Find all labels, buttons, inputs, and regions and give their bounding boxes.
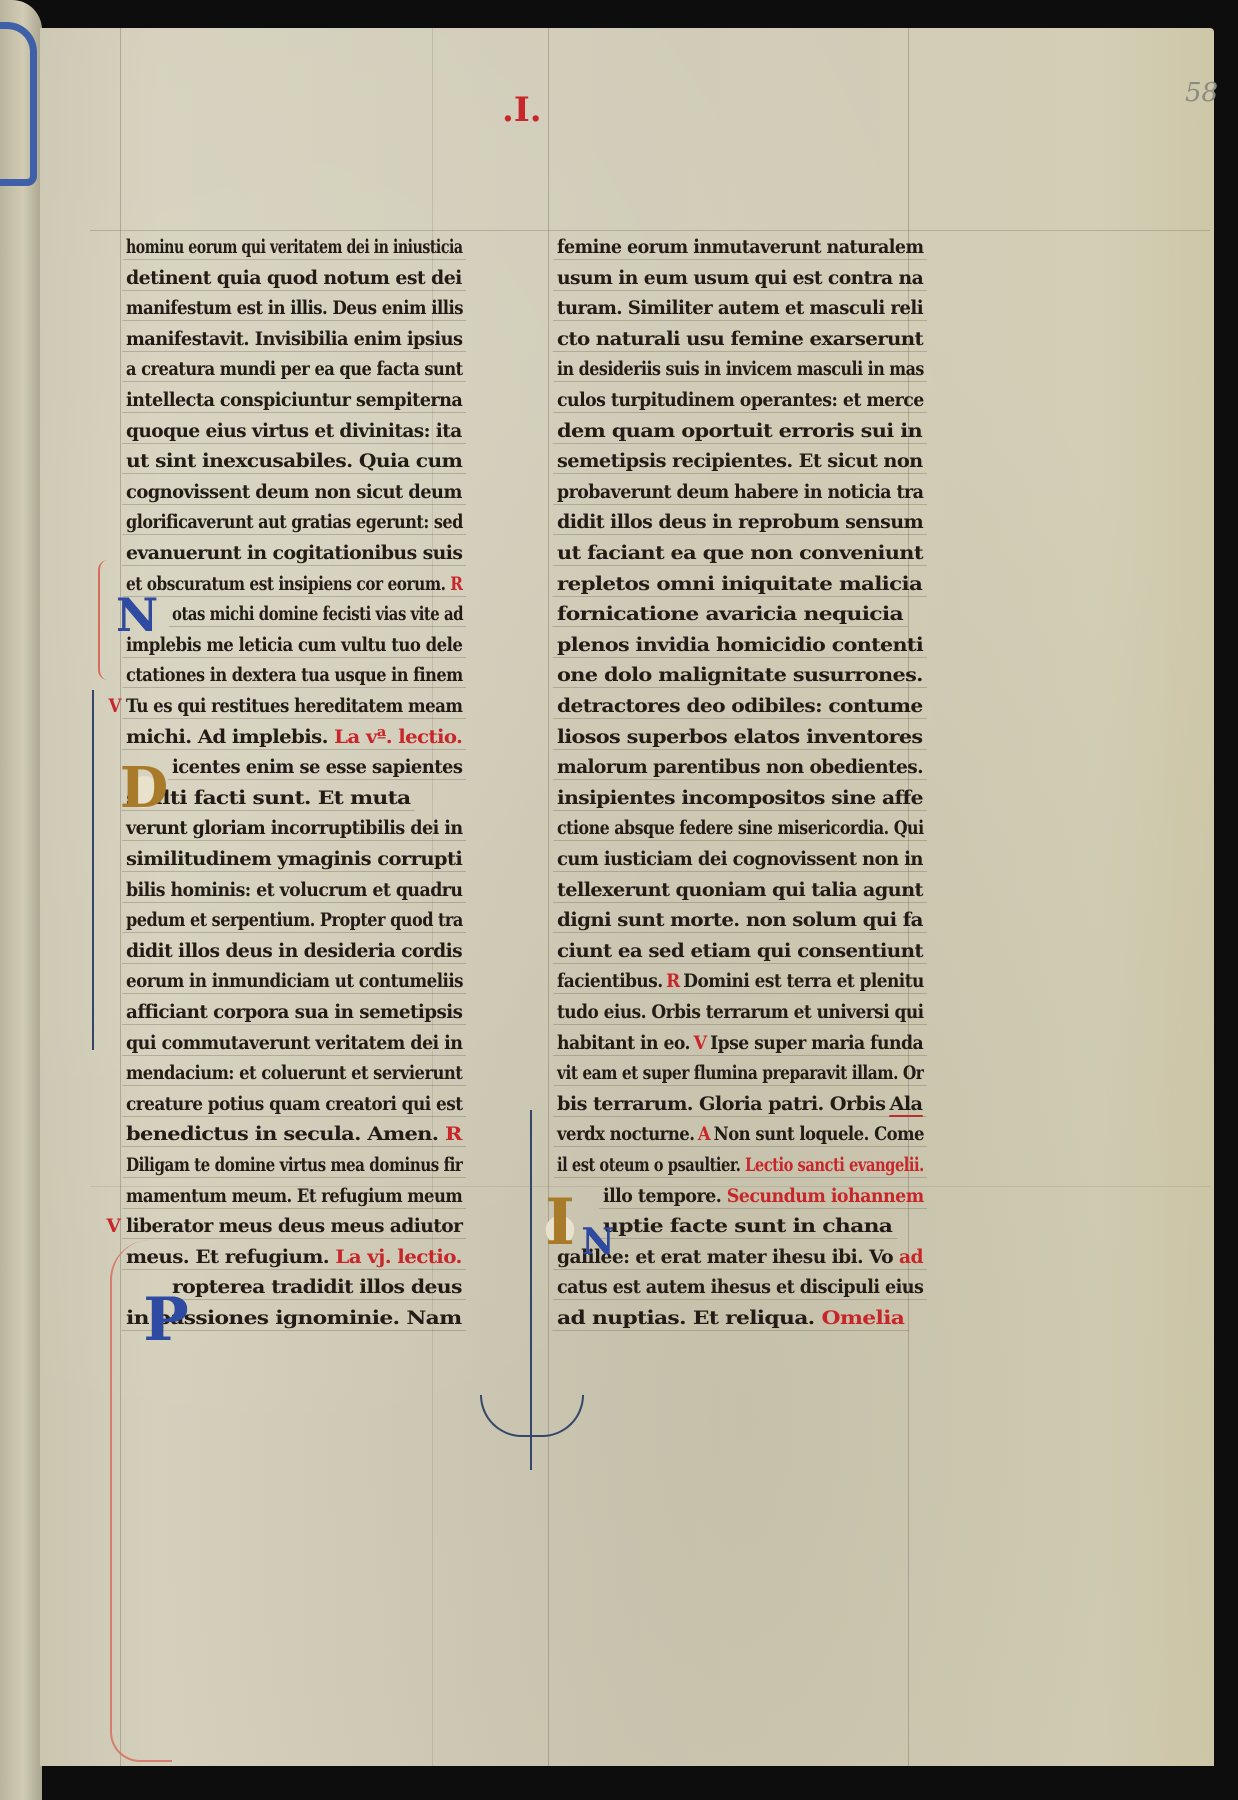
ruling-line: [553, 565, 928, 566]
text-line: Diligam te domine virtus mea dominus fir: [126, 1150, 462, 1180]
text-line: benedictus in secula. Amen.R: [126, 1119, 462, 1149]
line-text: cto naturali usu femine exarserunt: [557, 328, 923, 350]
line-text: verunt gloriam incorruptibilis dei in: [126, 817, 463, 839]
ruling-line: [123, 1208, 466, 1209]
ruling-line: [122, 504, 465, 505]
text-line: VTu es qui restitues hereditatem meam: [126, 691, 462, 721]
ruling-line: [122, 993, 466, 994]
ruling-line: [553, 290, 927, 291]
text-line: otas michi domine fecisti vias vite ad: [172, 599, 463, 629]
line-text: detinent quia quod notum est dei: [126, 267, 462, 289]
ruling-line: [553, 993, 927, 994]
text-line: liosos superbos elatos inventores: [557, 722, 922, 752]
line-text: eorum in inmundiciam ut contumeliis: [126, 970, 463, 992]
rubric-heading: La vj. lectio.: [335, 1246, 461, 1268]
text-line: mamentum meum. Et refugium meum: [126, 1181, 462, 1211]
line-text: tellexerunt quoniam qui talia agunt: [557, 879, 923, 901]
text-line: tellexerunt quoniam qui talia agunt: [557, 875, 923, 905]
line-text: otas michi domine fecisti vias vite ad: [172, 603, 463, 625]
text-line: evanuerunt in cogitationibus suis: [126, 538, 462, 568]
ruling-line: [553, 1055, 926, 1056]
ruling-line: [169, 626, 466, 627]
ruling-line: [553, 779, 927, 780]
line-text: manifestum est in illis. Deus enim illis: [126, 297, 463, 319]
line-text: turam. Similiter autem et masculi reli: [557, 297, 923, 319]
line-text: Tu es qui restitues hereditatem meam: [126, 695, 462, 717]
text-line: bis terrarum. Gloria patri. OrbisAla: [557, 1089, 922, 1119]
ruling-line: [123, 657, 466, 658]
rubric-marker: R: [666, 970, 680, 992]
ruling-line: [123, 687, 467, 688]
line-text: ctationes in dextera tua usque in finem: [126, 664, 463, 686]
text-line: one dolo malignitate susurrones.: [557, 660, 923, 690]
initial-letter-d-left: D: [112, 760, 176, 824]
line-text: cognovissent deum non sicut deum: [126, 481, 462, 503]
ruling-line: [122, 902, 466, 903]
line-text: repletos omni iniquitate malicia: [557, 573, 922, 595]
text-line: cognovissent deum non sicut deum: [126, 477, 462, 507]
line-text: ropterea tradidit illos deus: [172, 1276, 462, 1298]
ruling-line: [553, 810, 928, 811]
ruling-line: [122, 718, 466, 719]
line-text: didit illos deus in reprobum sensum: [557, 511, 923, 533]
line-text: liosos superbos elatos inventores: [557, 726, 922, 748]
red-pen-flourish: [110, 1240, 172, 1762]
text-line: bilis hominis: et volucrum et quadru: [126, 875, 462, 905]
line-text: verdx nocturne.: [557, 1123, 694, 1145]
text-line: fornicatione avaricia nequicia: [557, 599, 903, 629]
ruling-line: [553, 749, 927, 750]
line-text: creature potius quam creatori qui est: [126, 1093, 462, 1115]
line-text: intellecta conspiciuntur sempiterna: [126, 389, 462, 411]
text-line: similitudinem ymaginis corrupti: [126, 844, 462, 874]
rubric-heading: Secundum iohannem: [727, 1185, 924, 1207]
ruling-line: [553, 412, 927, 413]
text-line: digni sunt morte. non solum qui fa: [557, 905, 923, 935]
folio-number: 58: [1185, 78, 1218, 108]
line-text: plenos invidia homicidio contenti: [557, 634, 923, 656]
text-line: femine eorum inmutaverunt naturalem: [557, 232, 923, 262]
ruling-line: [122, 1146, 467, 1147]
line-text: icentes enim se esse sapientes: [172, 756, 462, 778]
ruling-line: [123, 932, 467, 933]
line-text: quoque eius virtus et divinitas: ita: [126, 420, 462, 442]
line-text: malorum parentibus non obedientes.: [557, 756, 923, 778]
text-line: in desideriis suis in invicem masculi in…: [557, 354, 924, 384]
ruling-line: [122, 749, 467, 750]
line-text: afficiant corpora sua in semetipsis: [126, 1001, 462, 1023]
ruling-line: [554, 1177, 927, 1178]
line-text: et obscuratum est insipiens cor eorum.: [126, 573, 445, 595]
ruling-line: [553, 902, 927, 903]
text-line: manifestavit. Invisibilia enim ipsius: [126, 324, 462, 354]
line-text: ut sint inexcusabiles. Quia cum: [126, 450, 462, 472]
rubric-heading: Omelia: [822, 1307, 905, 1329]
line-text: dem quam oportuit erroris sui in: [557, 420, 922, 442]
ruling-line: [122, 871, 466, 872]
text-line: creature potius quam creatori qui est: [126, 1089, 462, 1119]
ruling-line: [553, 473, 927, 474]
line-text: ctione absque federe sine misericordia. …: [557, 817, 924, 839]
text-line: ropterea tradidit illos deus: [172, 1272, 462, 1302]
ruling-line: [554, 840, 927, 841]
ruling-line: [123, 596, 466, 597]
line-text: manifestavit. Invisibilia enim ipsius: [126, 328, 462, 350]
line-text: probaverunt deum habere in noticia tra: [557, 481, 923, 503]
line-text: Non sunt loquele. Come: [714, 1123, 924, 1145]
ruling-line: [122, 1238, 466, 1239]
line-text: tudo eius. Orbis terrarum et universi qu…: [557, 1001, 924, 1023]
ruling-line: [554, 381, 928, 382]
ruling-line: [552, 1330, 908, 1331]
text-line: uptie facte sunt in chana: [603, 1211, 892, 1241]
red-pen-flourish: [98, 560, 122, 680]
text-line: dem quam oportuit erroris sui in: [557, 416, 922, 446]
line-text: in desideriis suis in invicem masculi in…: [557, 358, 924, 380]
initial-letter-n-left: N: [116, 592, 156, 638]
ruling-line: [122, 443, 465, 444]
text-line: eorum in inmundiciam ut contumeliis: [126, 966, 463, 996]
line-text: hominu eorum qui veritatem dei in iniust…: [126, 236, 463, 258]
ruling-line: [122, 1269, 466, 1270]
text-line: qui commutaverunt veritatem dei in: [126, 1028, 462, 1058]
text-line: repletos omni iniquitate malicia: [557, 569, 922, 599]
line-text: insipientes incompositos sine affe: [557, 787, 923, 809]
text-line: vit eam et super flumina preparavit illa…: [557, 1058, 923, 1088]
ruling-line: [122, 412, 466, 413]
ruling-horizontal: [90, 230, 1210, 231]
ruling-line: [553, 259, 927, 260]
line-text: mamentum meum. Et refugium meum: [126, 1185, 462, 1207]
line-text: detractores deo odibiles: contume: [557, 695, 923, 717]
text-line: icentes enim se esse sapientes: [172, 752, 462, 782]
line-text: fornicatione avaricia nequicia: [557, 603, 903, 625]
line-text: il est oteum o psaultier.: [557, 1154, 740, 1176]
right-text-column: femine eorum inmutaverunt naturalemusum …: [557, 232, 927, 1342]
text-line: catus est autem ihesus et discipuli eius: [557, 1272, 923, 1302]
line-text: similitudinem ymaginis corrupti: [126, 848, 462, 870]
line-text: bilis hominis: et volucrum et quadru: [126, 879, 462, 901]
line-text: cum iusticiam dei cognovissent non in: [557, 848, 923, 870]
text-line: tudo eius. Orbis terrarum et universi qu…: [557, 997, 924, 1027]
text-line: detractores deo odibiles: contume: [557, 691, 923, 721]
line-text: a creatura mundi per ea que facta sunt: [126, 358, 463, 380]
text-line: ciunt ea sed etiam qui consentiunt: [557, 936, 923, 966]
text-line: ctione absque federe sine misericordia. …: [557, 813, 924, 843]
ruling-line: [168, 779, 466, 780]
line-text: culos turpitudinem operantes: et merce: [557, 389, 924, 411]
ruling-line: [122, 1024, 466, 1025]
line-text: pedum et serpentium. Propter quod tra: [126, 909, 463, 931]
ruling-line: [168, 1299, 466, 1300]
ruling-line: [553, 1299, 927, 1300]
ruling-line: [553, 443, 927, 444]
initial-letter-i-right: I: [540, 1195, 580, 1265]
line-text: glorificaverunt aut gratias egerunt: sed: [126, 511, 463, 533]
line-text: evanuerunt in cogitationibus suis: [126, 542, 462, 564]
ruling-line: [122, 290, 466, 291]
ruling-line: [553, 657, 928, 658]
text-line: manifestum est in illis. Deus enim illis: [126, 293, 463, 323]
line-text: digni sunt morte. non solum qui fa: [557, 909, 923, 931]
line-text: habitant in eo.: [557, 1032, 690, 1054]
text-line: mendacium: et coluerunt et servierunt: [126, 1058, 462, 1088]
rubric-marker: R: [445, 1123, 462, 1145]
ruling-vertical: [548, 28, 549, 1766]
text-line: glorificaverunt aut gratias egerunt: sed: [126, 507, 463, 537]
text-line: quoque eius virtus et divinitas: ita: [126, 416, 462, 446]
text-line: il est oteum o psaultier.Lectio sancti e…: [557, 1150, 924, 1180]
ruling-line: [122, 840, 466, 841]
ruling-line: [122, 963, 466, 964]
text-line: verunt gloriam incorruptibilis dei in: [126, 813, 463, 843]
ruling-line: [123, 381, 466, 382]
ruling-line: [553, 534, 927, 535]
rubric-marker: A: [698, 1123, 710, 1145]
ruling-line: [553, 1116, 927, 1117]
text-line: culos turpitudinem operantes: et merce: [557, 385, 924, 415]
text-line: malorum parentibus non obedientes.: [557, 752, 923, 782]
text-line: didit illos deus in reprobum sensum: [557, 507, 923, 537]
text-line: ut sint inexcusabiles. Quia cum: [126, 446, 462, 476]
rubric-marker: ad: [899, 1246, 923, 1268]
ruling-line: [123, 259, 466, 260]
line-text: benedictus in secula. Amen.: [126, 1123, 438, 1145]
ruling-line: [553, 504, 927, 505]
text-line: cum iusticiam dei cognovissent non in: [557, 844, 923, 874]
ruling-line: [553, 871, 926, 872]
line-text: didit illos deus in desideria cordis: [126, 940, 462, 962]
ruling-line: [553, 687, 928, 688]
ruling-line: [553, 1269, 927, 1270]
text-line: cto naturali usu femine exarserunt: [557, 324, 923, 354]
ruling-line: [554, 1085, 927, 1086]
line-text: mendacium: et coluerunt et servierunt: [126, 1062, 462, 1084]
rubric-marker: V: [694, 1032, 707, 1054]
ruling-line: [553, 963, 927, 964]
line-text: ciunt ea sed etiam qui consentiunt: [557, 940, 923, 962]
line-text: bis terrarum. Gloria patri. Orbis: [557, 1093, 885, 1115]
text-line: michi. Ad implebis.La vª. lectio.: [126, 722, 462, 752]
ruling-line: [123, 534, 467, 535]
line-text: Domini est terra et plenitu: [683, 970, 923, 992]
line-text: facientibus.: [557, 970, 663, 992]
text-line: hominu eorum qui veritatem dei in iniust…: [126, 232, 463, 262]
line-text: qui commutaverunt veritatem dei in: [126, 1032, 462, 1054]
rubric-heading: La vª. lectio.: [334, 726, 462, 748]
text-line: intellecta conspiciuntur sempiterna: [126, 385, 462, 415]
blue-pen-flourish: [92, 690, 104, 1050]
text-line: et obscuratum est insipiens cor eorum.R: [126, 569, 463, 599]
line-text: Diligam te domine virtus mea dominus fir: [126, 1154, 462, 1176]
text-line: semetipsis recipientes. Et sicut non: [557, 446, 923, 476]
text-line: afficiant corpora sua in semetipsis: [126, 997, 462, 1027]
text-line: illo tempore.Secundum iohannem: [603, 1181, 924, 1211]
rubric-heading: Lectio sancti evangelii.: [745, 1154, 924, 1176]
text-line: didit illos deus in desideria cordis: [126, 936, 462, 966]
ruling-line: [552, 626, 907, 627]
rubric-marker: R: [450, 573, 462, 595]
text-line: plenos invidia homicidio contenti: [557, 630, 923, 660]
line-text: illo tempore.: [603, 1185, 721, 1207]
rubric-marker: V: [106, 1211, 120, 1241]
text-line: ut faciant ea que non conveniunt: [557, 538, 923, 568]
line-text: liberator meus deus meus adiutor: [126, 1215, 462, 1237]
text-line: probaverunt deum habere in noticia tra: [557, 477, 923, 507]
text-line: facientibus.RDomini est terra et plenitu: [557, 966, 924, 996]
ruling-line: [122, 1055, 466, 1056]
line-text: ad nuptias. Et reliqua.: [557, 1307, 815, 1329]
line-text: semetipsis recipientes. Et sicut non: [557, 450, 923, 472]
text-line: Vliberator meus deus meus adiutor: [126, 1211, 462, 1241]
ruling-line: [122, 1116, 466, 1117]
ruling-line: [554, 1146, 928, 1147]
line-text: one dolo malignitate susurrones.: [557, 664, 923, 686]
text-line: detinent quia quod notum est dei: [126, 263, 462, 293]
text-line: ad nuptias. Et reliqua.Omelia: [557, 1303, 904, 1333]
line-text: catus est autem ihesus et discipuli eius: [557, 1276, 923, 1298]
ruling-line: [553, 351, 927, 352]
ruling-line: [122, 351, 466, 352]
text-line: meus. Et refugium.La vj. lectio.: [126, 1242, 462, 1272]
ruling-line: [123, 1085, 466, 1086]
ruling-line: [553, 320, 927, 321]
text-line: insipientes incompositos sine affe: [557, 783, 923, 813]
line-text: uptie facte sunt in chana: [603, 1215, 892, 1237]
ruling-line: [123, 1177, 466, 1178]
left-text-column: hominu eorum qui veritatem dei in iniust…: [126, 232, 466, 1342]
text-line: implebis me leticia cum vultu tuo dele: [126, 630, 462, 660]
text-line: verdx nocturne.ANon sunt loquele. Come: [557, 1119, 924, 1149]
ruling-line: [553, 718, 927, 719]
line-text: michi. Ad implebis.: [126, 726, 328, 748]
ruling-line: [122, 565, 466, 566]
previous-page-edge: [0, 0, 42, 1800]
ruling-line: [553, 1024, 927, 1025]
text-line: pedum et serpentium. Propter quod tra: [126, 905, 463, 935]
text-line: turam. Similiter autem et masculi reli: [557, 293, 923, 323]
line-text: implebis me leticia cum vultu tuo dele: [126, 634, 462, 656]
running-header: .I.: [502, 90, 542, 130]
text-line: a creatura mundi per ea que facta sunt: [126, 354, 463, 384]
line-text: Ipse super maria funda: [710, 1032, 923, 1054]
underlined-word: Ala: [889, 1093, 922, 1117]
ruling-line: [122, 473, 467, 474]
ruling-line: [123, 320, 467, 321]
ruling-line: [553, 932, 927, 933]
rubric-marker: V: [108, 691, 120, 721]
text-line: ctationes in dextera tua usque in finem: [126, 660, 463, 690]
text-line: usum in eum usum qui est contra na: [557, 263, 923, 293]
text-line: habitant in eo.VIpse super maria funda: [557, 1028, 923, 1058]
line-text: ut faciant ea que non conveniunt: [557, 542, 923, 564]
line-text: usum in eum usum qui est contra na: [557, 267, 923, 289]
ruling-line: [598, 1238, 896, 1239]
initial-letter-n-right: N: [580, 1222, 616, 1262]
previous-page-initial: [0, 22, 37, 186]
ruling-line: [599, 1208, 927, 1209]
ruling-line: [552, 596, 926, 597]
line-text: vit eam et super flumina preparavit illa…: [557, 1062, 923, 1084]
line-text: femine eorum inmutaverunt naturalem: [557, 236, 923, 258]
